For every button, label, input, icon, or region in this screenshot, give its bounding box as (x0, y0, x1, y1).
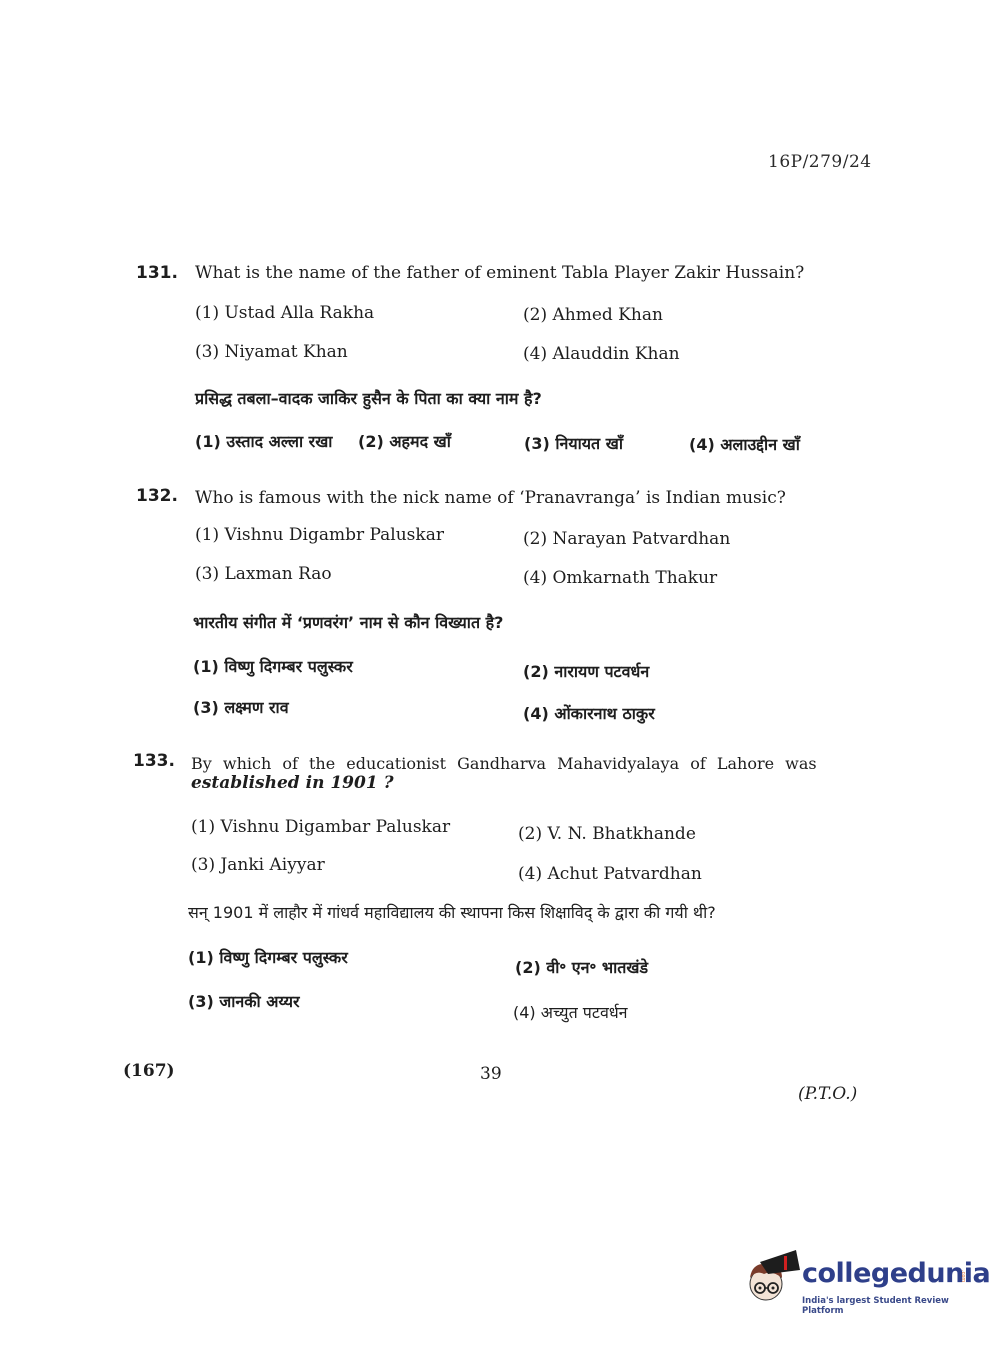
option-hi-4: (4) अलाउद्दीन खाँ (689, 433, 800, 455)
option-hi-3: (3) नियायत खाँ (524, 432, 623, 454)
question-number: 131. (136, 263, 178, 283)
pto-label: (P.T.O.) (798, 1084, 857, 1104)
option-hi-1: (1) उस्ताद अल्ला रखा (195, 430, 332, 452)
option-en-2: (2) Ahmed Khan (523, 305, 663, 325)
option-hi-2: (2) अहमद खाँ (358, 430, 451, 452)
option-hi-2: (2) नारायण पटवर्धन (523, 660, 649, 682)
option-hi-4: (4) अच्युत पटवर्धन (513, 1001, 628, 1023)
question-text-en-line1: By which of the educationist Gandharva M… (191, 754, 817, 773)
question-text-hi: सन् 1901 में लाहौर में गांधर्व महाविद्या… (188, 901, 716, 923)
option-en-4: (4) Omkarnath Thakur (523, 568, 717, 588)
option-en-4: (4) Alauddin Khan (523, 344, 680, 364)
option-en-1: (1) Vishnu Digambr Paluskar (195, 525, 444, 545)
mascot-icon (742, 1248, 804, 1310)
option-en-4: (4) Achut Patvardhan (518, 864, 702, 884)
question-number: 132. (136, 486, 178, 506)
collegedunia-logo: collegedunia .com India's largest Studen… (742, 1248, 972, 1310)
question-text-hi: भारतीय संगीत में ‘प्रणवरंग’ नाम से कौन व… (193, 611, 503, 633)
brand-tagline: India's largest Student Review Platform (802, 1296, 972, 1316)
option-en-3: (3) Laxman Rao (195, 564, 332, 584)
question-text-hi: प्रसिद्ध तबला–वादक जाकिर हुसैन के पिता क… (195, 387, 542, 409)
option-hi-4: (4) ओंकारनाथ ठाकुर (523, 702, 655, 724)
option-en-2: (2) V. N. Bhatkhande (518, 824, 696, 844)
question-number: 133. (133, 751, 175, 771)
brand-suffix: .com (960, 1270, 966, 1282)
option-en-1: (1) Vishnu Digambar Paluskar (191, 817, 450, 837)
option-hi-3: (3) लक्ष्मण राव (193, 696, 289, 718)
page-number: 39 (480, 1064, 502, 1084)
question-text-en-line2: established in 1901 ? (191, 773, 394, 793)
option-en-2: (2) Narayan Patvardhan (523, 529, 730, 549)
paper-code: 16P/279/24 (768, 152, 872, 172)
option-en-3: (3) Niyamat Khan (195, 342, 348, 362)
option-hi-1: (1) विष्णु दिगम्बर पलुस्कर (193, 655, 353, 677)
question-text-en: What is the name of the father of eminen… (195, 263, 804, 283)
option-en-1: (1) Ustad Alla Rakha (195, 303, 374, 323)
option-hi-3: (3) जानकी अय्यर (188, 990, 300, 1012)
question-text-en: Who is famous with the nick name of ‘Pra… (195, 488, 786, 508)
footer-code: (167) (123, 1061, 175, 1081)
option-hi-1: (1) विष्णु दिगम्बर पलुस्कर (188, 946, 348, 968)
option-en-3: (3) Janki Aiyyar (191, 855, 325, 875)
option-hi-2: (2) वी॰ एन॰ भातखंडे (515, 956, 648, 978)
